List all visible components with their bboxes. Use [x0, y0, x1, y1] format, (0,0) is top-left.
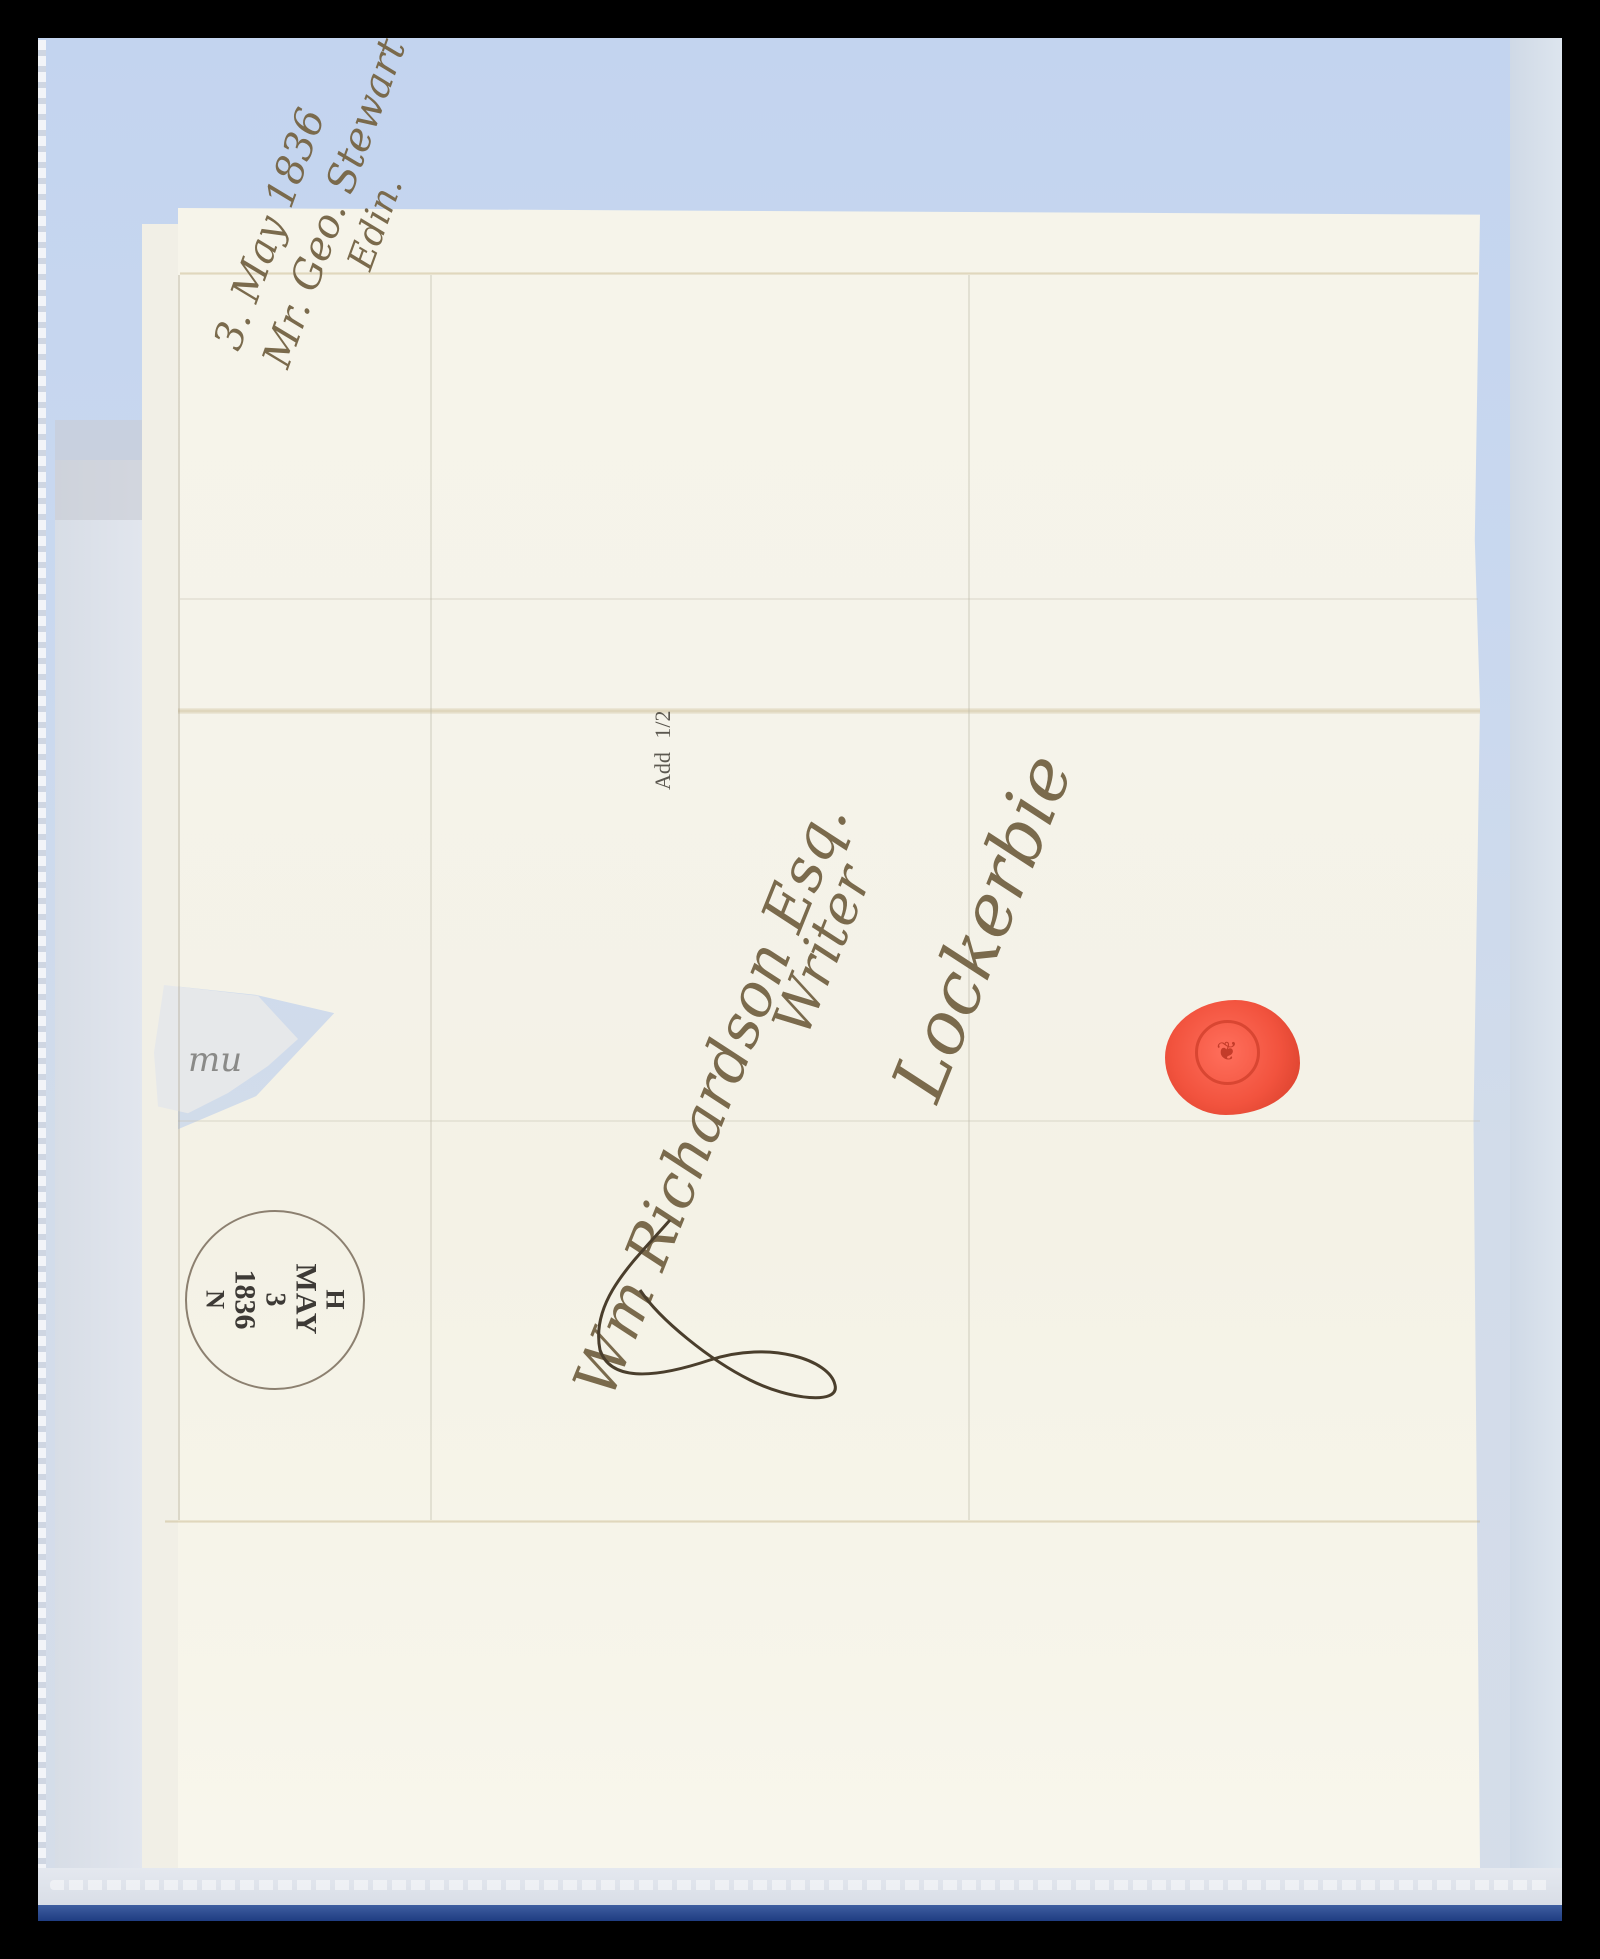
vertical-crease: [430, 275, 432, 1520]
sleeve-stitching: [50, 1880, 1550, 1890]
postmark-month: MAY: [290, 1264, 322, 1336]
torn-fragment-text: mu: [188, 1040, 242, 1080]
sleeve-perforated-edge: [38, 40, 46, 1900]
additional-half-penny-stamp: Add 1/2: [650, 710, 676, 790]
postmark: H MAY 3 1836 N: [185, 1210, 365, 1390]
main-fold: [178, 708, 1480, 714]
postmark-letter: N: [202, 1264, 229, 1336]
postmark-code: H: [321, 1264, 348, 1336]
sleeve-right-edge: [1510, 38, 1562, 1908]
sleeve-blue-strip: [38, 1905, 1562, 1921]
add-stamp-label: Add: [650, 752, 675, 790]
postmark-day: 3: [260, 1264, 289, 1336]
sleeve-left-band: [55, 460, 145, 1900]
flap-edge: [178, 275, 180, 1520]
signature-flourish: [540, 1180, 860, 1400]
add-stamp-fraction: 1/2: [650, 710, 675, 738]
postmark-year: 1836: [229, 1264, 261, 1336]
deckle-edge: [134, 224, 150, 1868]
crease: [180, 598, 1478, 600]
seal-monogram-icon: ❦: [1211, 1036, 1243, 1068]
sleeve-shadow: [55, 420, 145, 520]
crease: [178, 1120, 1480, 1122]
lower-fold: [165, 1520, 1480, 1523]
